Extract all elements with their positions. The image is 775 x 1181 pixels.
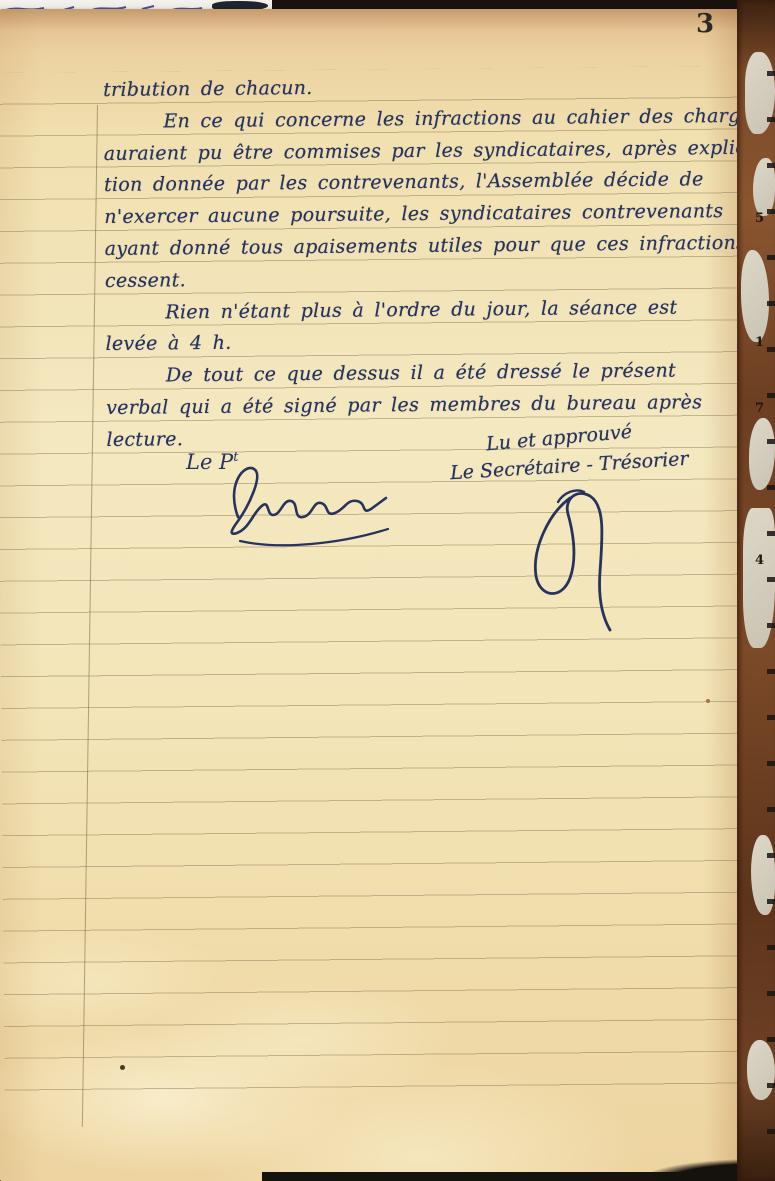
torn-paper-fragment — [741, 250, 769, 342]
paper-speck — [706, 699, 710, 703]
edge-digit: 7 — [755, 402, 764, 415]
secretary-title: Le Secrétaire - Trésorier — [450, 448, 690, 485]
edge-digit: 1 — [755, 336, 764, 349]
edge-tick-marks — [767, 30, 775, 1150]
closing-block: Le Pt Lu et approuvé Le Secrétaire - Tré… — [0, 9, 752, 709]
approval-note: Lu et approuvé — [485, 421, 633, 456]
edge-digit: 5 — [755, 212, 764, 225]
edge-digit: 4 — [755, 554, 764, 567]
secretary-signature — [518, 480, 653, 635]
president-signature — [208, 455, 418, 550]
manuscript-page: 3 tribution de chacun. En ce qui concern… — [0, 9, 752, 1181]
scanned-notebook-page: 3 tribution de chacun. En ce qui concern… — [0, 0, 775, 1181]
torn-edge-strip: 5 1 7 4 — [737, 0, 775, 1181]
paper-speck — [120, 1065, 125, 1070]
